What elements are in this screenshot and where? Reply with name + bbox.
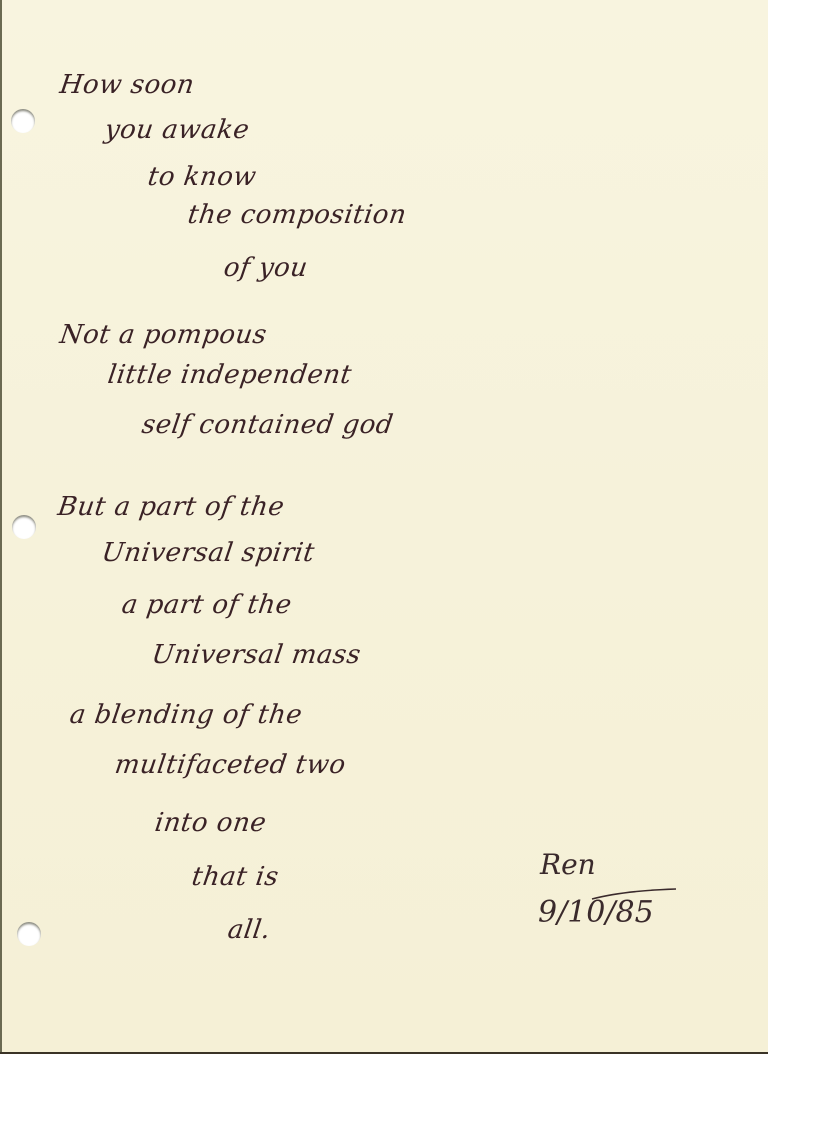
binder-hole-bottom [17,922,41,946]
poem-line: that is [190,862,281,892]
binder-hole-top [11,109,35,133]
poem-line: self contained god [140,410,395,440]
poem-line: But a part of the [56,492,286,522]
poem-line: Universal spirit [100,538,317,568]
poem-line: to know [146,162,258,192]
poem-line: all. [226,915,273,945]
poem-line: the composition [186,200,409,230]
signature-flourish [590,885,680,905]
handwritten-page: How soon you awake to know the compositi… [0,0,768,1054]
poem-line: of you [222,253,310,283]
poem-line: a part of the [120,590,294,620]
signature-initials: Ren [540,848,596,881]
poem-line: into one [153,808,268,838]
poem-line: you awake [103,115,251,145]
poem-line: multifaceted two [113,750,348,780]
poem-line: little independent [106,360,354,390]
poem-line: How soon [58,70,196,100]
poem-line: Universal mass [150,640,363,670]
poem-line: a blending of the [68,700,304,730]
binder-hole-middle [12,515,36,539]
poem-line: Not a pompous [58,320,269,350]
